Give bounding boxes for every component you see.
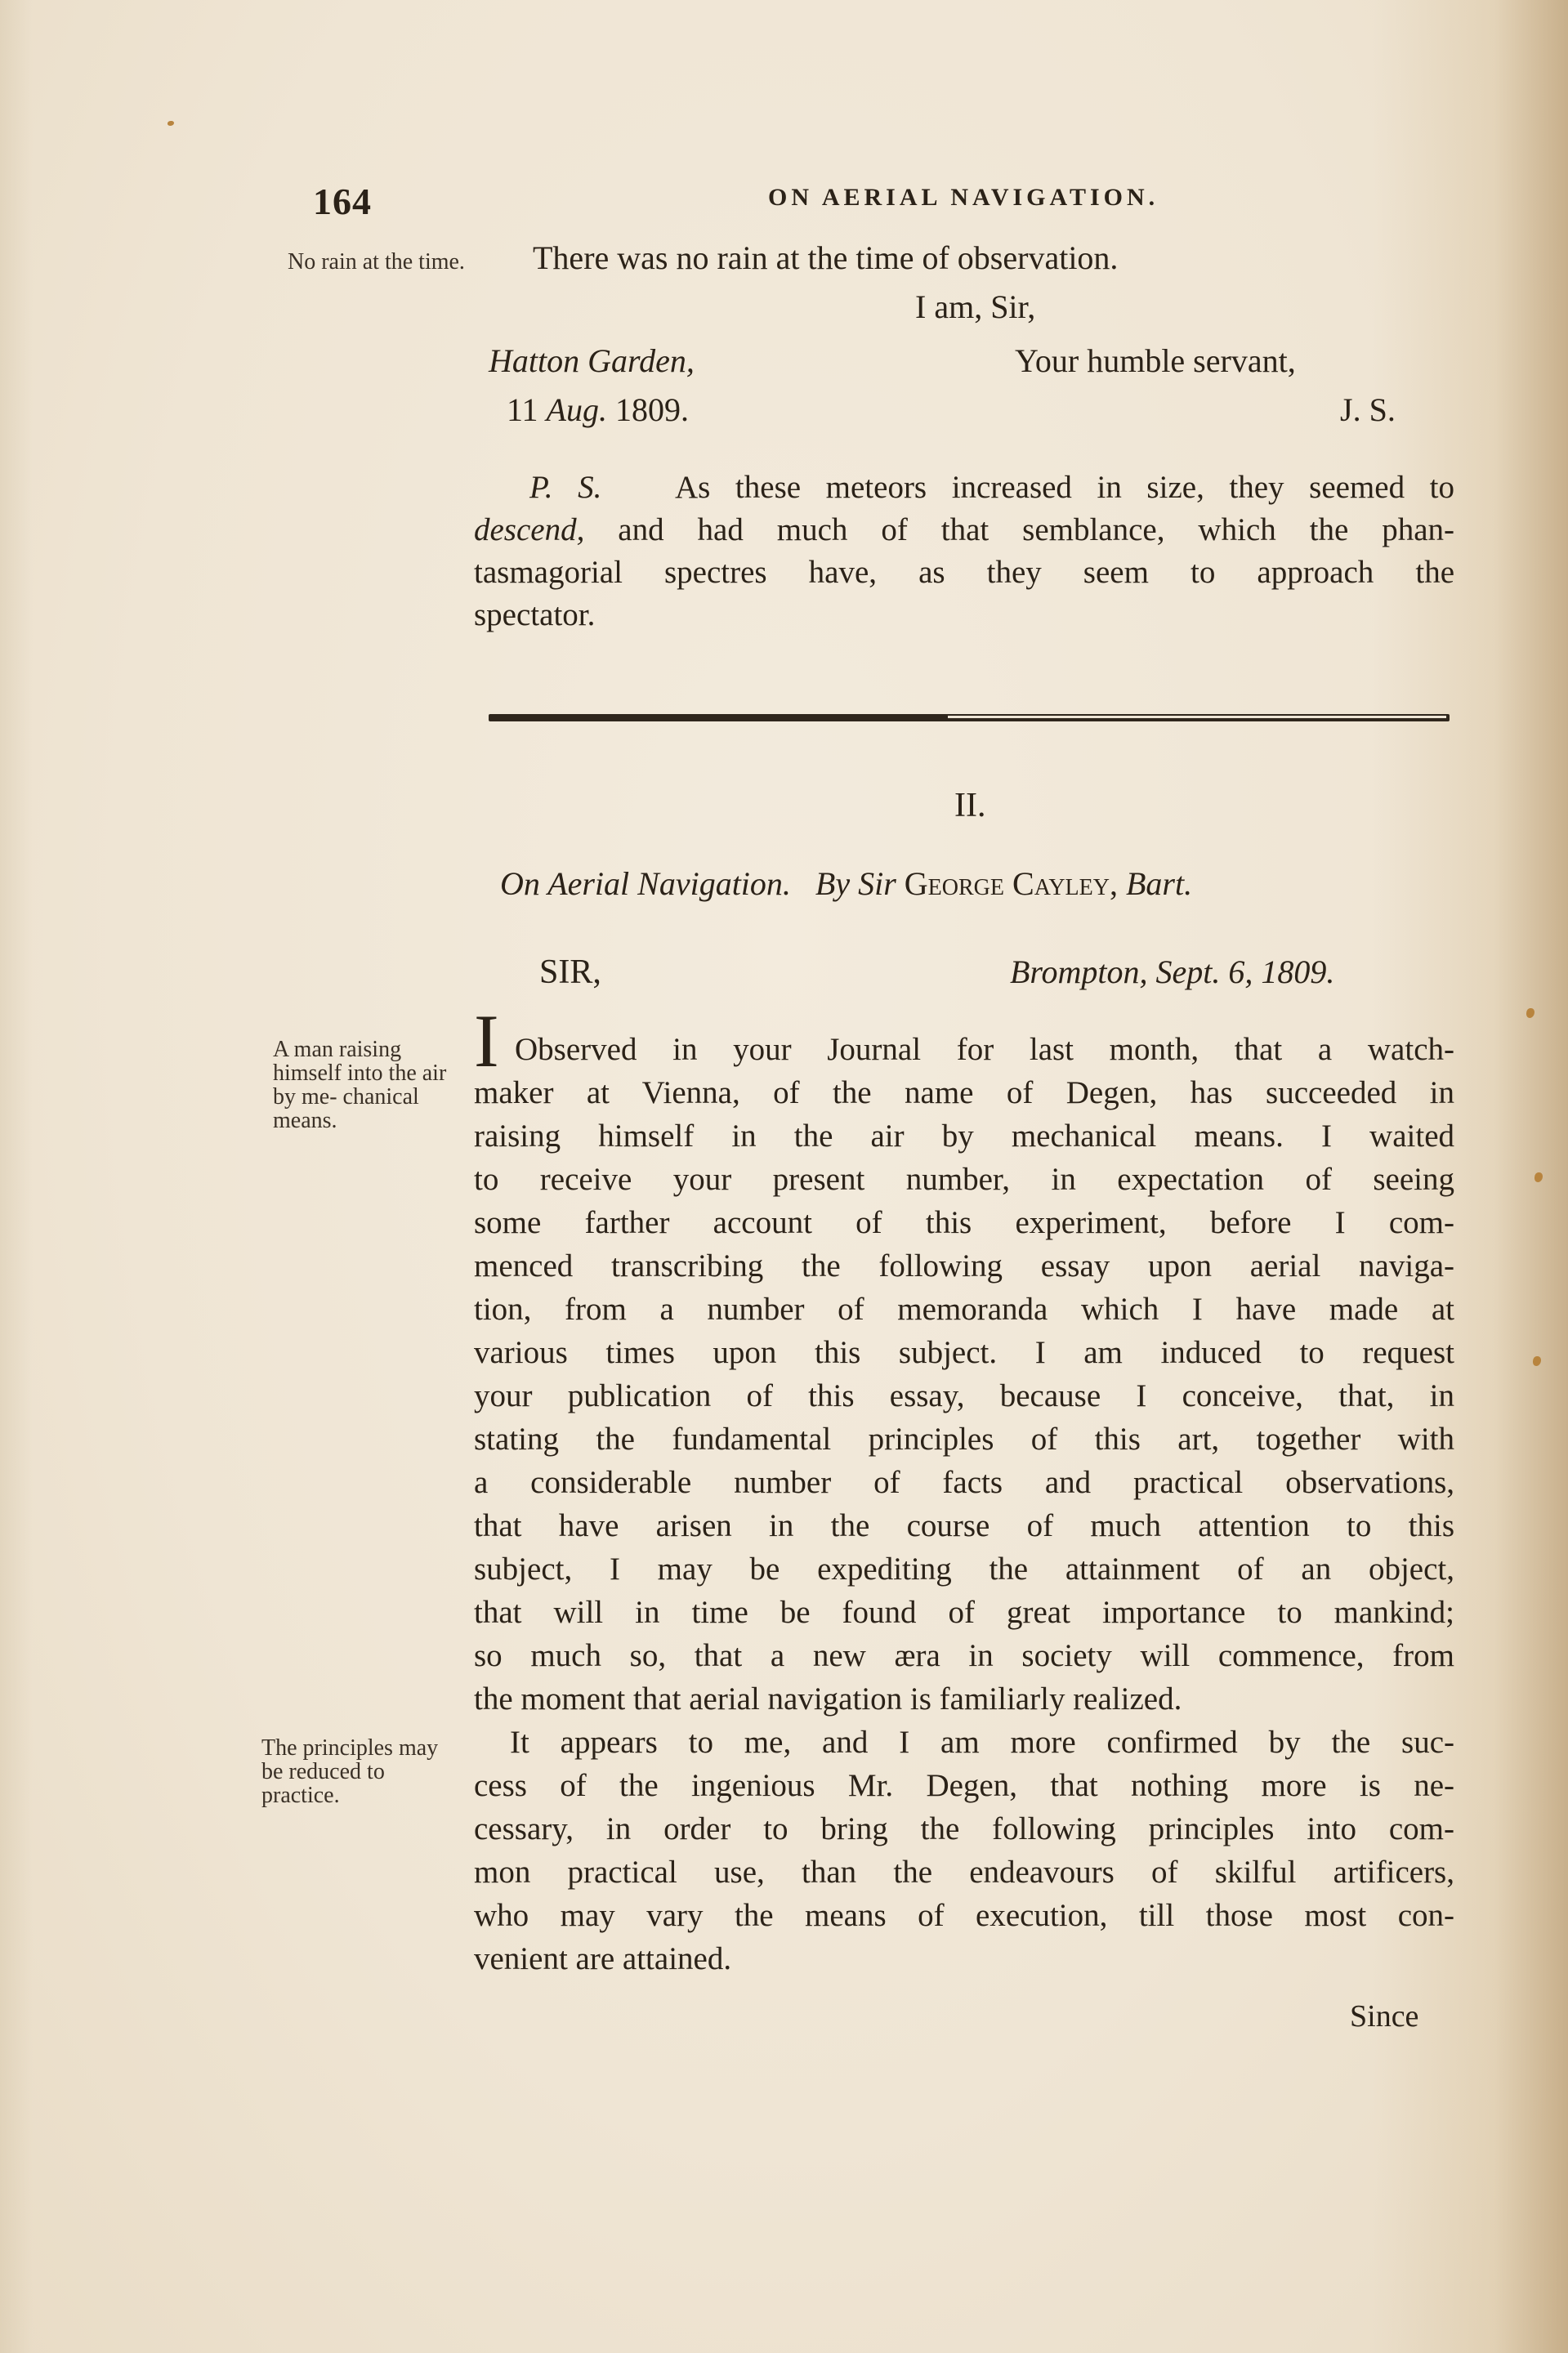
running-title: ON AERIAL NAVIGATION.	[768, 184, 1159, 212]
letter-date-month: Aug.	[547, 391, 607, 428]
margin-note-no-rain: No rain at the time.	[288, 250, 480, 274]
paper-stain	[168, 121, 174, 126]
postscript-line-3: tasmagorial spectres have, as they seem …	[474, 554, 1454, 591]
paragraph-line: raising himself in the air by mechanical…	[474, 1118, 1454, 1154]
paragraph-line: various times upon this subject. I am in…	[474, 1334, 1454, 1371]
paragraph-line: mon practical use, than the endeavours o…	[474, 1854, 1454, 1891]
postscript-label: P. S.	[529, 470, 601, 505]
paragraph-line: stating the fundamental principles of th…	[474, 1421, 1454, 1458]
margin-note-man-raising: A man raising himself into the air by me…	[273, 1038, 465, 1132]
paragraph-line: Observed in your Journal for last month,…	[515, 1031, 1454, 1068]
postscript-line-4: spectator.	[474, 596, 1454, 633]
article-number: II.	[954, 786, 985, 825]
margin-note-principles: The principles may be reduced to practic…	[261, 1736, 453, 1807]
letter-date-day: 11	[507, 391, 538, 428]
salutation: SIR,	[539, 953, 601, 992]
paragraph-line: maker at Vienna, of the name of Degen, h…	[474, 1074, 1454, 1111]
paragraph-line: cess of the ingenious Mr. Degen, that no…	[474, 1767, 1454, 1804]
letter-signature: J. S.	[1340, 391, 1396, 429]
paper-stain	[1526, 1008, 1534, 1018]
letter-place: Hatton Garden,	[489, 342, 695, 380]
paragraph-line: your publication of this essay, because …	[474, 1377, 1454, 1414]
postscript-line-2: descend, and had much of that semblance,…	[474, 511, 1454, 548]
letter-closing: I am, Sir,	[915, 288, 1035, 326]
paragraph-line: It appears to me, and I am more confirme…	[510, 1724, 1454, 1761]
article-author: George Cayley,	[905, 865, 1118, 902]
paragraph-line: that will in time be found of great impo…	[474, 1594, 1454, 1631]
article-heading: On Aerial Navigation. By Sir George Cayl…	[500, 864, 1192, 903]
paragraph-line: some farther account of this experiment,…	[474, 1204, 1454, 1241]
letter-date: 11 Aug. 1809.	[507, 391, 689, 429]
letter-line: There was no rain at the time of observa…	[533, 239, 1118, 277]
paragraph-line: who may vary the means of execution, til…	[474, 1897, 1454, 1934]
paragraph-line: tion, from a number of memoranda which I…	[474, 1291, 1454, 1328]
paragraph-line: that have arisen in the course of much a…	[474, 1507, 1454, 1544]
article-title: On Aerial Navigation.	[500, 865, 791, 902]
section-divider-rule-gap	[948, 716, 1446, 718]
paragraph-line: to receive your present number, in expec…	[474, 1161, 1454, 1198]
paragraph-line: venient are attained.	[474, 1940, 1454, 1977]
paragraph-line: menced transcribing the following essay …	[474, 1248, 1454, 1284]
paragraph-line: cessary, in order to bring the following…	[474, 1811, 1454, 1847]
letter-date-year: 1809.	[615, 391, 689, 428]
page-number: 164	[313, 180, 372, 223]
paragraph-line: the moment that aerial navigation is fam…	[474, 1681, 1454, 1717]
paragraph-line: a considerable number of facts and pract…	[474, 1464, 1454, 1501]
paragraph-line: subject, I may be expediting the attainm…	[474, 1551, 1454, 1587]
paper-stain	[1534, 1172, 1543, 1182]
catchword: Since	[1350, 1998, 1418, 2034]
paragraph-line: so much so, that a new æra in society wi…	[474, 1637, 1454, 1674]
dateline: Brompton, Sept. 6, 1809.	[1010, 953, 1334, 991]
letter-sign-off: Your humble servant,	[1015, 342, 1296, 380]
postscript-line-1: P. S. As these meteors increased in size…	[529, 469, 1454, 506]
drop-cap: I	[474, 1003, 499, 1078]
paper-stain	[1533, 1356, 1541, 1366]
